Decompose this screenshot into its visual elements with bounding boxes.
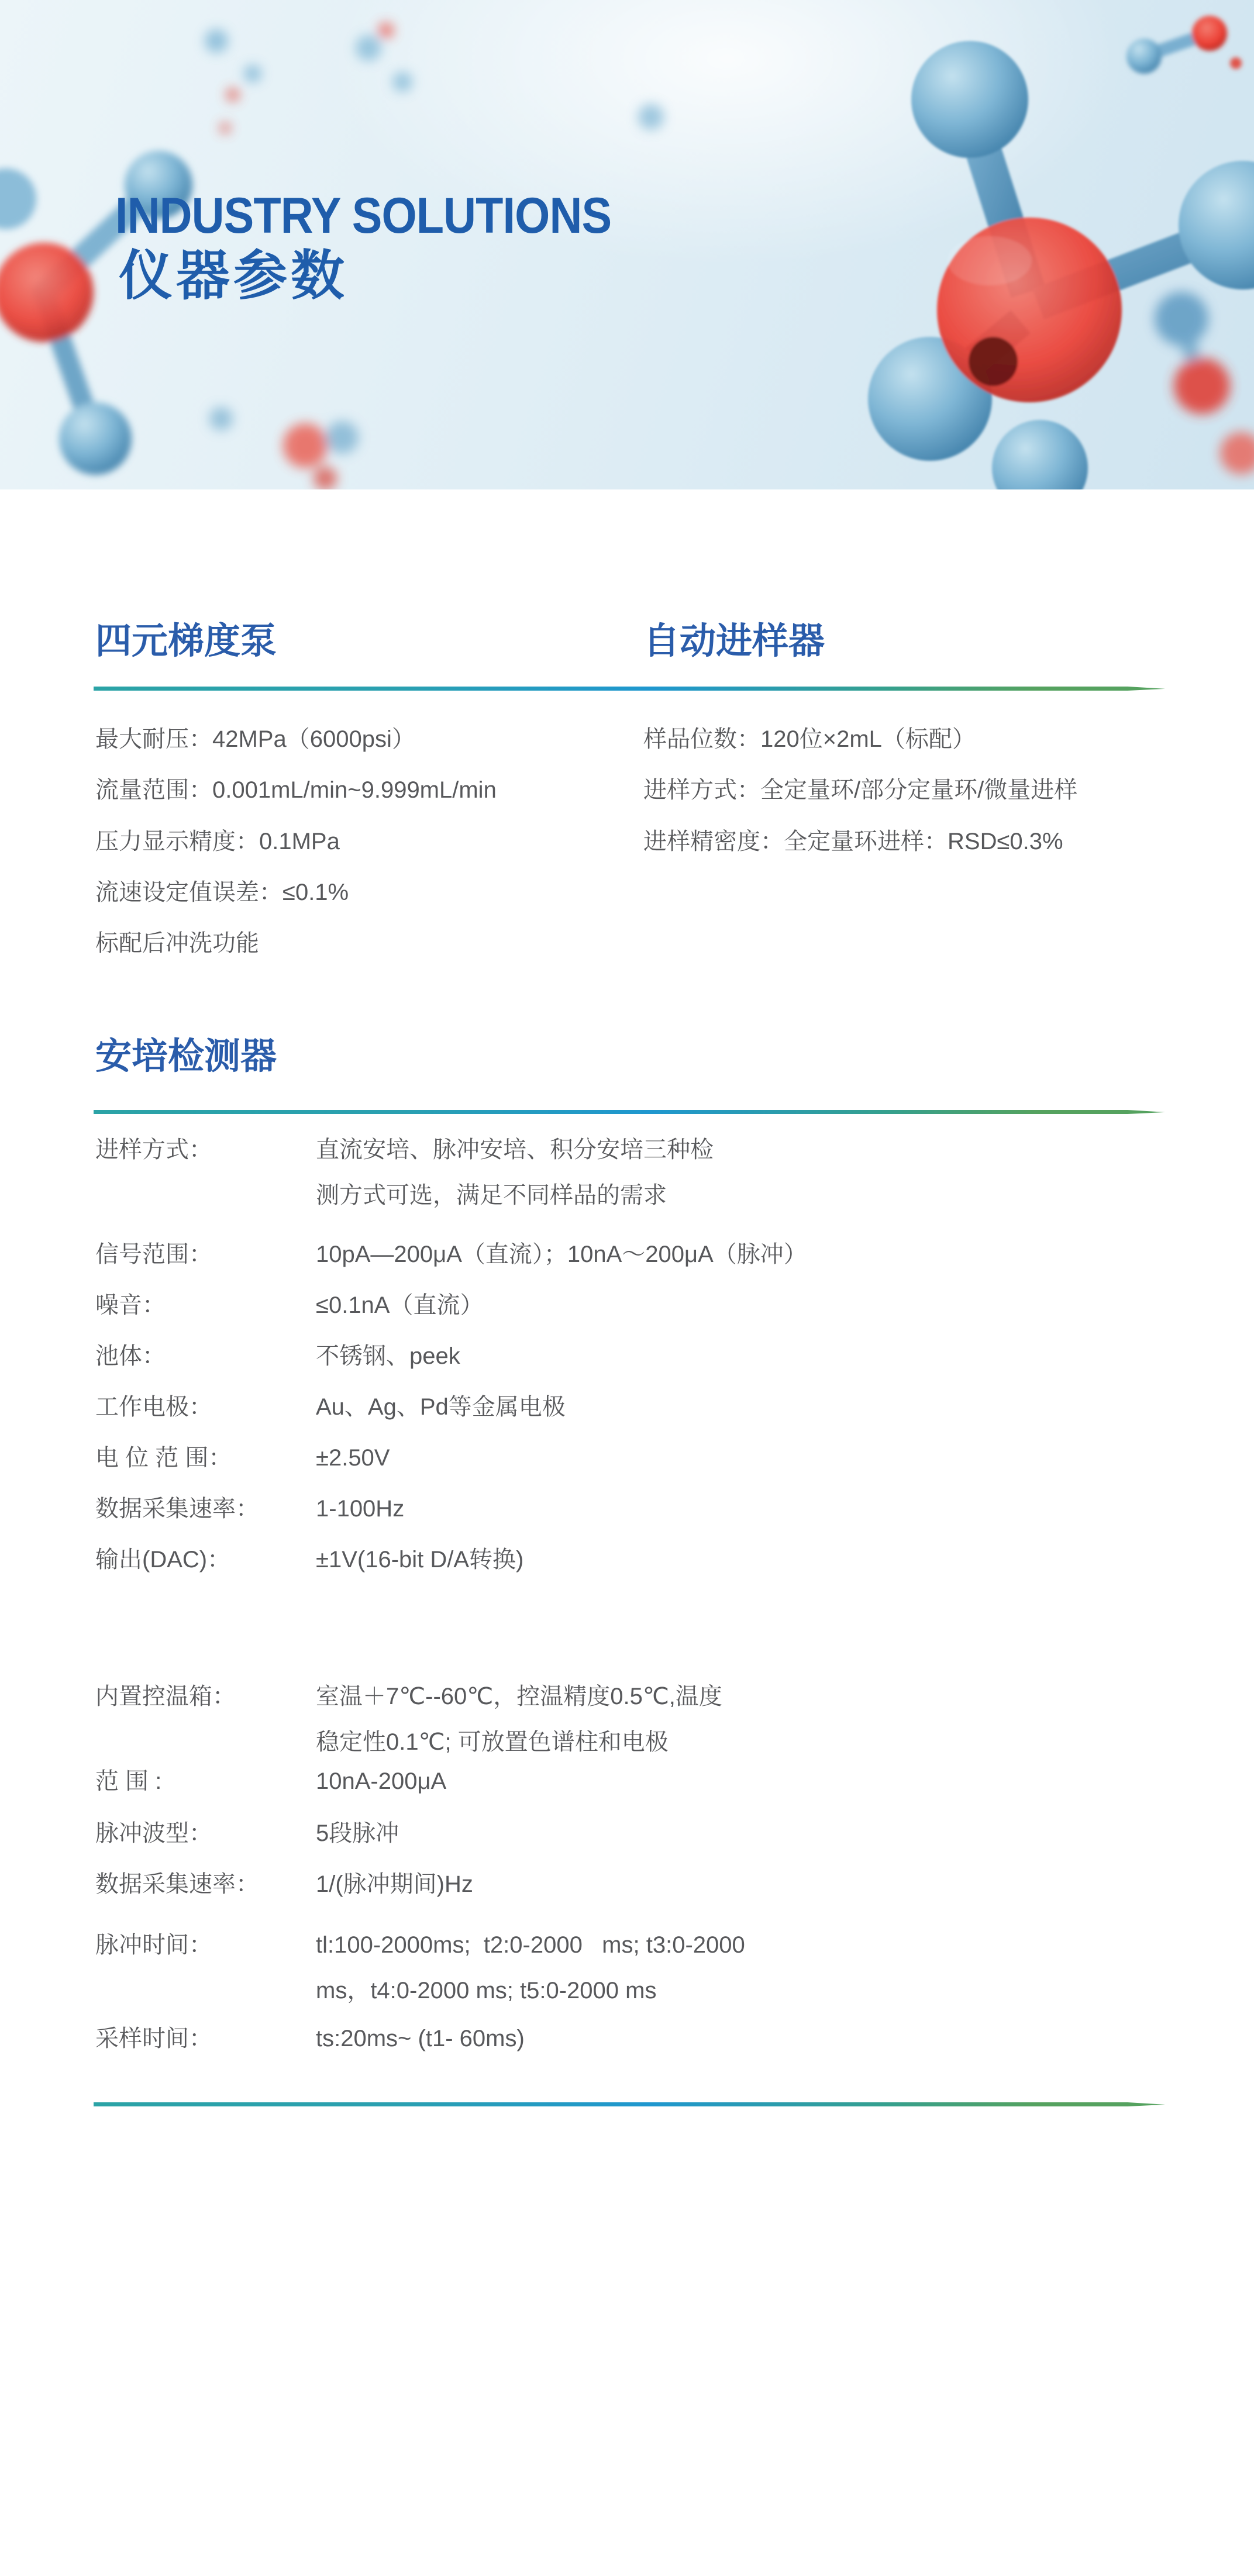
spec-value: 5段脉冲 xyxy=(316,1811,1174,1856)
page: INDUSTRY SOLUTIONS 仪器参数 四元梯度泵 自动进样器 最大耐压… xyxy=(0,0,1254,2576)
spec-value: Au、Ag、Pd等金属电极 xyxy=(316,1384,1174,1430)
divider-line xyxy=(94,1110,1165,1114)
divider-line xyxy=(94,2102,1165,2106)
spec-row: 进样精密度：全定量环进样：RSD≤0.3% xyxy=(643,819,1063,864)
spec-row: 最大耐压：42MPa（6000psi） xyxy=(95,716,415,762)
spec-label: 脉冲时间： xyxy=(95,1922,212,1968)
banner-title-en: INDUSTRY SOLUTIONS xyxy=(115,191,611,241)
spec-label: 电 位 范 围： xyxy=(95,1435,232,1481)
spec-label: 采样时间： xyxy=(95,2016,212,2061)
spec-value: 1-100Hz xyxy=(316,1486,1174,1532)
section-title-detector: 安培检测器 xyxy=(95,1037,277,1077)
spec-label: 范 围 : xyxy=(95,1758,161,1804)
spec-value: 10nA-200μA xyxy=(316,1758,1174,1804)
spec-row: 压力显示精度：0.1MPa xyxy=(95,819,340,864)
spec-label: 进样方式： xyxy=(95,1127,212,1173)
spec-row: 流速设定值误差：≤0.1% xyxy=(95,870,349,915)
spec-label: 池体： xyxy=(95,1333,166,1379)
spec-label: 内置控温箱： xyxy=(95,1674,236,1719)
spec-label: 脉冲波型： xyxy=(95,1811,212,1856)
spec-value: tl:100-2000ms; t2:0-2000 ms; t3:0-2000ms… xyxy=(316,1922,1174,2013)
spec-label: 工作电极： xyxy=(95,1384,212,1430)
spec-value: 10pA—200μA（直流）；10nA～200μA（脉冲） xyxy=(316,1232,1174,1277)
banner: INDUSTRY SOLUTIONS 仪器参数 xyxy=(0,0,1254,489)
spec-value: ±1V(16-bit D/A转换) xyxy=(316,1537,1174,1582)
spec-value: 1/(脉冲期间)Hz xyxy=(316,1861,1174,1907)
spec-value: 室温＋7℃--60℃，控温精度0.5℃,温度稳定性0.1℃; 可放置色谱柱和电极 xyxy=(316,1674,1174,1765)
spec-row: 进样方式：全定量环/部分定量环/微量进样 xyxy=(643,767,1077,813)
molecule-graphic xyxy=(0,0,1254,489)
spec-row: 标配后冲洗功能 xyxy=(95,920,259,966)
spec-label: 数据采集速率： xyxy=(95,1486,259,1532)
spec-label: 数据采集速率： xyxy=(95,1861,259,1907)
spec-label: 信号范围： xyxy=(95,1232,212,1277)
spec-row: 样品位数：120位×2mL（标配） xyxy=(643,716,976,762)
section-title-pump: 四元梯度泵 xyxy=(95,622,277,661)
divider-line xyxy=(94,687,1165,691)
spec-value: 直流安培、脉冲安培、积分安培三种检测方式可选，满足不同样品的需求 xyxy=(316,1127,1174,1218)
spec-label: 输出(DAC)： xyxy=(95,1537,230,1582)
section-title-sampler: 自动进样器 xyxy=(643,622,825,661)
banner-title-zh: 仪器参数 xyxy=(119,246,348,308)
spec-value: ±2.50V xyxy=(316,1435,1174,1481)
spec-value: 不锈钢、peek xyxy=(316,1333,1174,1379)
spec-label: 噪音： xyxy=(95,1282,166,1328)
spec-value: ts:20ms~ (t1- 60ms) xyxy=(316,2016,1174,2061)
spec-value: ≤0.1nA（直流） xyxy=(316,1282,1174,1328)
spec-row: 流量范围：0.001mL/min~9.999mL/min xyxy=(95,767,497,813)
